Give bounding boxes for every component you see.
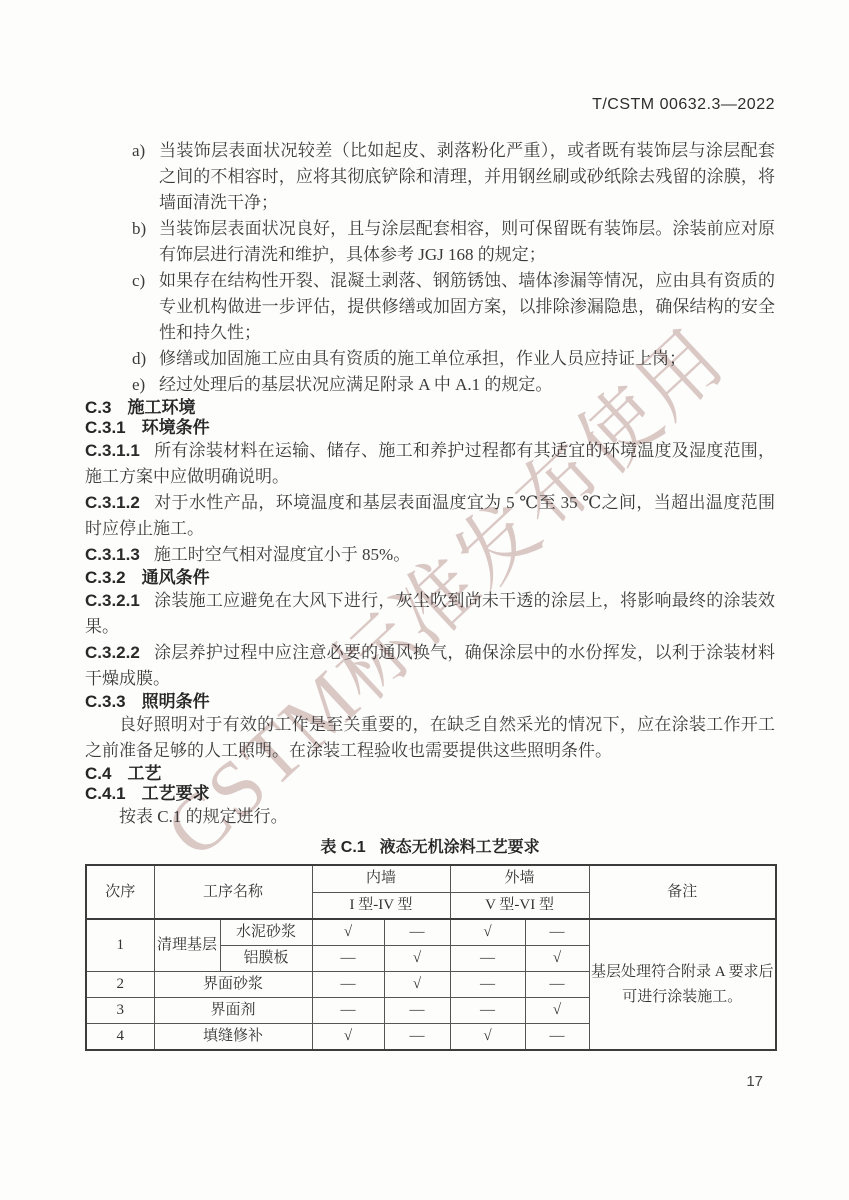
header-exterior-types: V 型-VI 型 <box>450 892 589 919</box>
cell-process-name: 填缝修补 <box>154 1024 312 1051</box>
clause-c312: C.3.1.2对于水性产品，环境温度和基层表面温度宜为 5 ℃至 35 ℃之间，… <box>85 490 775 542</box>
section-heading-c4: C.4工艺 <box>85 764 775 784</box>
clause-number: C.3.1.3 <box>85 545 140 564</box>
cell-mark: √ <box>525 998 589 1024</box>
document-number: T/CSTM 00632.3—2022 <box>85 0 775 114</box>
section-title: 环境条件 <box>142 418 210 437</box>
section-title: 工艺要求 <box>142 784 210 803</box>
clause-c322: C.3.2.2涂层养护过程中应注意必要的通风换气，确保涂层中的水份挥发，以利于涂… <box>85 640 775 692</box>
section-number: C.4 <box>85 764 111 783</box>
cell-mark: √ <box>312 1024 384 1051</box>
list-item-text: 当装饰层表面状况良好，且与涂层配套相容，则可保留既有装饰层。涂装前应对原有饰层进… <box>159 216 775 268</box>
table-caption-label: 表 C.1 <box>320 839 365 856</box>
clause-number: C.3.2.2 <box>85 643 140 662</box>
cell-mark: — <box>450 972 525 998</box>
list-item: d) 修缮或加固施工应由具有资质的施工单位承担，作业人员应持证上岗； <box>85 346 775 372</box>
clause-text: 所有涂装材料在运输、储存、施工和养护过程都有其适宜的环境温度及湿度范围，施工方案… <box>85 441 775 486</box>
header-seq: 次序 <box>86 865 154 919</box>
list-item: c) 如果存在结构性开裂、混凝土剥落、钢筋锈蚀、墙体渗漏等情况，应由具有资质的专… <box>85 268 775 346</box>
paragraph-per-table: 按表 C.1 的规定进行。 <box>85 804 775 830</box>
section-heading-c33: C.3.3照明条件 <box>85 692 775 712</box>
cell-mark: — <box>384 1024 450 1051</box>
cell-mark: — <box>312 972 384 998</box>
section-heading-c32: C.3.2通风条件 <box>85 568 775 588</box>
header-exterior-wall: 外墙 <box>450 865 589 892</box>
cell-mark: √ <box>525 946 589 972</box>
section-number: C.3 <box>85 398 111 417</box>
list-item: e) 经过处理后的基层状况应满足附录 A 中 A.1 的规定。 <box>85 372 775 398</box>
cell-mark: — <box>525 1024 589 1051</box>
list-item-label: e) <box>132 372 159 398</box>
clause-c313: C.3.1.3施工时空气相对湿度宜小于 85%。 <box>85 542 775 568</box>
section-number: C.3.3 <box>85 692 126 711</box>
list-item-text: 当装饰层表面状况较差（比如起皮、剥落粉化严重），或者既有装饰层与涂层配套之间的不… <box>159 138 775 216</box>
section-number: C.3.2 <box>85 568 126 587</box>
cell-mark: — <box>312 998 384 1024</box>
header-process-name: 工序名称 <box>154 865 312 919</box>
clause-c321: C.3.2.1涂装施工应避免在大风下进行，灰尘吹到尚未干透的涂层上，将影响最终的… <box>85 588 775 640</box>
section-heading-c3: C.3施工环境 <box>85 398 775 418</box>
clause-number: C.3.2.1 <box>85 591 140 610</box>
cell-mark: √ <box>450 919 525 946</box>
clause-text: 涂层养护过程中应注意必要的通风换气，确保涂层中的水份挥发，以利于涂装材料干燥成膜… <box>85 643 775 688</box>
page-number: 17 <box>85 1073 775 1090</box>
section-title: 施工环境 <box>127 398 195 417</box>
header-interior-wall: 内墙 <box>312 865 450 892</box>
paragraph-lighting: 良好照明对于有效的工作是至关重要的，在缺乏自然采光的情况下，应在涂装工作开工之前… <box>85 712 775 764</box>
section-heading-c31: C.3.1环境条件 <box>85 418 775 438</box>
clause-number: C.3.1.1 <box>85 441 140 460</box>
list-item-label: d) <box>132 346 159 372</box>
section-heading-c41: C.4.1工艺要求 <box>85 784 775 804</box>
clause-text: 施工时空气相对湿度宜小于 85%。 <box>154 545 410 564</box>
list-item-text: 如果存在结构性开裂、混凝土剥落、钢筋锈蚀、墙体渗漏等情况，应由具有资质的专业机构… <box>159 268 775 346</box>
lettered-clause-list: a) 当装饰层表面状况较差（比如起皮、剥落粉化严重），或者既有装饰层与涂层配套之… <box>85 138 775 398</box>
section-title: 照明条件 <box>142 692 210 711</box>
cell-mark: — <box>450 946 525 972</box>
cell-process-name: 铝膜板 <box>220 946 312 972</box>
header-interior-types: I 型-IV 型 <box>312 892 450 919</box>
cell-mark: — <box>384 919 450 946</box>
cell-seq: 1 <box>86 919 154 972</box>
list-item-text: 修缮或加固施工应由具有资质的施工单位承担，作业人员应持证上岗； <box>159 346 775 372</box>
cell-mark: √ <box>312 919 384 946</box>
header-note: 备注 <box>589 865 776 919</box>
cell-seq: 3 <box>86 998 154 1024</box>
section-number: C.3.1 <box>85 418 126 437</box>
list-item-label: b) <box>132 216 159 268</box>
list-item: a) 当装饰层表面状况较差（比如起皮、剥落粉化严重），或者既有装饰层与涂层配套之… <box>85 138 775 216</box>
cell-mark: — <box>525 919 589 946</box>
section-title: 通风条件 <box>142 568 210 587</box>
cell-process-name: 界面砂浆 <box>154 972 312 998</box>
table-caption-title: 液态无机涂料工艺要求 <box>380 839 540 856</box>
page-content: T/CSTM 00632.3—2022 a) 当装饰层表面状况较差（比如起皮、剥… <box>85 0 775 1090</box>
cell-mark: √ <box>384 972 450 998</box>
cell-process-group: 清理基层 <box>154 919 220 972</box>
cell-mark: √ <box>450 1024 525 1051</box>
cell-mark: — <box>384 998 450 1024</box>
cell-process-name: 界面剂 <box>154 998 312 1024</box>
process-requirements-table: 次序 工序名称 内墙 外墙 备注 I 型-IV 型 V 型-VI 型 1 清理基… <box>85 864 777 1051</box>
cell-mark: — <box>450 998 525 1024</box>
list-item-text: 经过处理后的基层状况应满足附录 A 中 A.1 的规定。 <box>159 372 775 398</box>
table-caption: 表 C.1液态无机涂料工艺要求 <box>85 838 775 858</box>
cell-seq: 2 <box>86 972 154 998</box>
cell-mark: — <box>525 972 589 998</box>
list-item-label: c) <box>132 268 159 346</box>
clause-text: 涂装施工应避免在大风下进行，灰尘吹到尚未干透的涂层上，将影响最终的涂装效果。 <box>85 591 775 636</box>
cell-process-name: 水泥砂浆 <box>220 919 312 946</box>
cell-note: 基层处理符合附录 A 要求后可进行涂装施工。 <box>589 919 776 1050</box>
section-title: 工艺 <box>127 764 161 783</box>
list-item-label: a) <box>132 138 159 216</box>
cell-mark: — <box>312 946 384 972</box>
table-row: 1 清理基层 水泥砂浆 √ — √ — 基层处理符合附录 A 要求后可进行涂装施… <box>86 919 776 946</box>
clause-number: C.3.1.2 <box>85 493 140 512</box>
clause-text: 对于水性产品，环境温度和基层表面温度宜为 5 ℃至 35 ℃之间，当超出温度范围… <box>85 493 775 538</box>
cell-mark: √ <box>384 946 450 972</box>
cell-seq: 4 <box>86 1024 154 1051</box>
section-number: C.4.1 <box>85 784 126 803</box>
list-item: b) 当装饰层表面状况良好，且与涂层配套相容，则可保留既有装饰层。涂装前应对原有… <box>85 216 775 268</box>
clause-c311: C.3.1.1所有涂装材料在运输、储存、施工和养护过程都有其适宜的环境温度及湿度… <box>85 438 775 490</box>
